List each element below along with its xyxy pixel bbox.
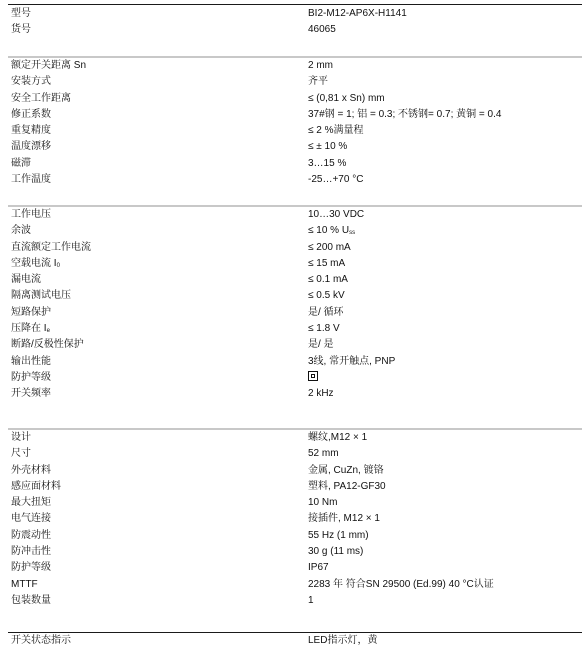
spec-value: ≤ 15 mA: [308, 256, 345, 272]
spec-row: 电气连接 接插件, M12 × 1: [8, 511, 582, 527]
spec-row: 防护等级 IP67: [8, 560, 582, 576]
spec-value: ≤ (0,81 x Sn) mm: [308, 91, 385, 107]
spec-label: 安装方式: [11, 74, 51, 90]
spec-label: 最大扭矩: [11, 495, 51, 511]
spec-row: 开关频率 2 kHz: [8, 386, 582, 402]
spec-row: 安装方式 齐平: [8, 74, 582, 90]
spec-label: 漏电流: [11, 272, 41, 288]
spec-row: 设计 螺纹,M12 × 1: [8, 430, 582, 446]
spec-value: 塑料, PA12-GF30: [308, 479, 386, 495]
section-identification: 型号 BI2-M12-AP6X-H1141 货号 46065: [8, 6, 582, 39]
spec-label: 开关频率: [11, 386, 51, 402]
spec-row: 磁滞 3…15 %: [8, 156, 582, 172]
spec-label: 防护等级: [11, 370, 51, 386]
spec-row: 短路保护 是/ 循环: [8, 305, 582, 321]
subscript: ss: [349, 230, 355, 236]
section-sensing: 额定开关距离 Sn 2 mm 安装方式 齐平 安全工作距离 ≤ (0,81 x …: [8, 58, 582, 188]
spec-row: 开关状态指示 LED指示灯，黄: [8, 633, 582, 649]
spec-value: ≤ 0.5 kV: [308, 288, 345, 304]
spec-label: 直流额定工作电流: [11, 240, 91, 256]
spec-label: 开关状态指示: [11, 633, 71, 649]
spec-label: 外壳材料: [11, 463, 51, 479]
spec-label: MTTF: [11, 577, 38, 593]
spec-row: 重复精度 ≤ 2 %满量程: [8, 123, 582, 139]
spec-label: 额定开关距离 Sn: [11, 58, 86, 74]
spec-row: 温度漂移 ≤ ± 10 %: [8, 139, 582, 155]
spec-value: 是/ 是: [308, 337, 334, 353]
spec-label: 型号: [11, 6, 31, 22]
spec-row: 最大扭矩 10 Nm: [8, 495, 582, 511]
spec-row: 感应面材料 塑料, PA12-GF30: [8, 479, 582, 495]
spec-value: 齐平: [308, 74, 328, 90]
spec-label: 修正系数: [11, 107, 51, 123]
section-electrical: 工作电压 10…30 VDC 余波 ≤ 10 % Uss 直流额定工作电流 ≤ …: [8, 207, 582, 403]
spec-row: 输出性能 3线, 常开触点, PNP: [8, 354, 582, 370]
spec-label: 尺寸: [11, 446, 31, 462]
spec-value: 10…30 VDC: [308, 207, 364, 223]
spec-label: 磁滞: [11, 156, 31, 172]
spec-row: 断路/反极性保护 是/ 是: [8, 337, 582, 353]
spec-value: 52 mm: [308, 446, 339, 462]
spec-label: 余波: [11, 223, 31, 239]
spec-label-text: 空载电流 I: [11, 258, 57, 269]
spec-row: MTTF 2283 年 符合SN 29500 (Ed.99) 40 °C认证: [8, 577, 582, 593]
spec-value: ≤ 0.1 mA: [308, 272, 348, 288]
spec-value: 金属, CuZn, 镀铬: [308, 463, 384, 479]
spec-value: BI2-M12-AP6X-H1141: [308, 6, 407, 22]
spec-value: 3线, 常开触点, PNP: [308, 354, 395, 370]
spec-label: 断路/反极性保护: [11, 337, 84, 353]
spec-row: 工作温度 -25…+70 °C: [8, 172, 582, 188]
spec-row: 尺寸 52 mm: [8, 446, 582, 462]
spec-row: 压降在 Ie ≤ 1.8 V: [8, 321, 582, 337]
spec-label: 安全工作距离: [11, 91, 71, 107]
subscript: e: [47, 328, 50, 334]
spec-label: 包装数量: [11, 593, 51, 609]
spec-label: 隔离测试电压: [11, 288, 71, 304]
spec-label: 防震动性: [11, 528, 51, 544]
spec-label: 重复精度: [11, 123, 51, 139]
spec-label: 工作电压: [11, 207, 51, 223]
spec-row: 防冲击性 30 g (11 ms): [8, 544, 582, 560]
spec-row: 直流额定工作电流 ≤ 200 mA: [8, 240, 582, 256]
spec-row-type: 型号 BI2-M12-AP6X-H1141: [8, 6, 582, 22]
protection-class-square-icon: [308, 371, 318, 381]
spec-row: 防震动性 55 Hz (1 mm): [8, 528, 582, 544]
section-divider: [8, 4, 582, 5]
spec-row: 外壳材料 金属, CuZn, 镀铬: [8, 463, 582, 479]
spec-label: 电气连接: [11, 511, 51, 527]
spec-label: 防护等级: [11, 560, 51, 576]
section-indication: 开关状态指示 LED指示灯，黄: [8, 633, 582, 649]
spec-row: 修正系数 37#钢 = 1; 铝 = 0.3; 不锈钢= 0.7; 黄铜 = 0…: [8, 107, 582, 123]
spec-row: 隔离测试电压 ≤ 0.5 kV: [8, 288, 582, 304]
spec-value: -25…+70 °C: [308, 172, 363, 188]
spec-value: 2 mm: [308, 58, 333, 74]
spec-value: ≤ 200 mA: [308, 240, 351, 256]
spec-label: 货号: [11, 22, 31, 38]
spec-row: 工作电压 10…30 VDC: [8, 207, 582, 223]
spec-row: 防护等级: [8, 370, 582, 386]
spec-row: 额定开关距离 Sn 2 mm: [8, 58, 582, 74]
spec-value: 30 g (11 ms): [308, 544, 363, 560]
subscript: 0: [57, 263, 60, 269]
spec-label: 设计: [11, 430, 31, 446]
spec-value: ≤ ± 10 %: [308, 139, 347, 155]
spec-label: 工作温度: [11, 172, 51, 188]
spec-value: 46065: [308, 22, 336, 38]
spec-label-text: 压降在 I: [11, 323, 47, 334]
spec-label: 温度漂移: [11, 139, 51, 155]
spec-value: [308, 370, 318, 386]
spec-value: 2 kHz: [308, 386, 334, 402]
spec-row: 余波 ≤ 10 % Uss: [8, 223, 582, 239]
spec-label: 防冲击性: [11, 544, 51, 560]
spec-value: 10 Nm: [308, 495, 337, 511]
spec-value: LED指示灯，黄: [308, 633, 377, 649]
spec-value: ≤ 2 %满量程: [308, 123, 364, 139]
spec-value: 1: [308, 593, 314, 609]
spec-value: 螺纹,M12 × 1: [308, 430, 367, 446]
spec-label: 输出性能: [11, 354, 51, 370]
datasheet: 型号 BI2-M12-AP6X-H1141 货号 46065 额定开关距离 Sn…: [0, 0, 583, 649]
spec-label: 短路保护: [11, 305, 51, 321]
spec-value: 接插件, M12 × 1: [308, 511, 380, 527]
section-mechanical: 设计 螺纹,M12 × 1 尺寸 52 mm 外壳材料 金属, CuZn, 镀铬…: [8, 430, 582, 609]
spec-label: 感应面材料: [11, 479, 61, 495]
spec-value: 2283 年 符合SN 29500 (Ed.99) 40 °C认证: [308, 577, 494, 593]
spec-value: 37#钢 = 1; 铝 = 0.3; 不锈钢= 0.7; 黄铜 = 0.4: [308, 107, 501, 123]
spec-row: 包装数量 1: [8, 593, 582, 609]
spec-value: IP67: [308, 560, 329, 576]
spec-value: 3…15 %: [308, 156, 346, 172]
spec-row: 空载电流 I0 ≤ 15 mA: [8, 256, 582, 272]
spec-row: 安全工作距离 ≤ (0,81 x Sn) mm: [8, 91, 582, 107]
spec-value: ≤ 1.8 V: [308, 321, 340, 337]
spec-value: 是/ 循环: [308, 305, 344, 321]
spec-row-part-number: 货号 46065: [8, 22, 582, 38]
spec-value-text: ≤ 10 % U: [308, 225, 349, 236]
spec-row: 漏电流 ≤ 0.1 mA: [8, 272, 582, 288]
spec-value: 55 Hz (1 mm): [308, 528, 369, 544]
